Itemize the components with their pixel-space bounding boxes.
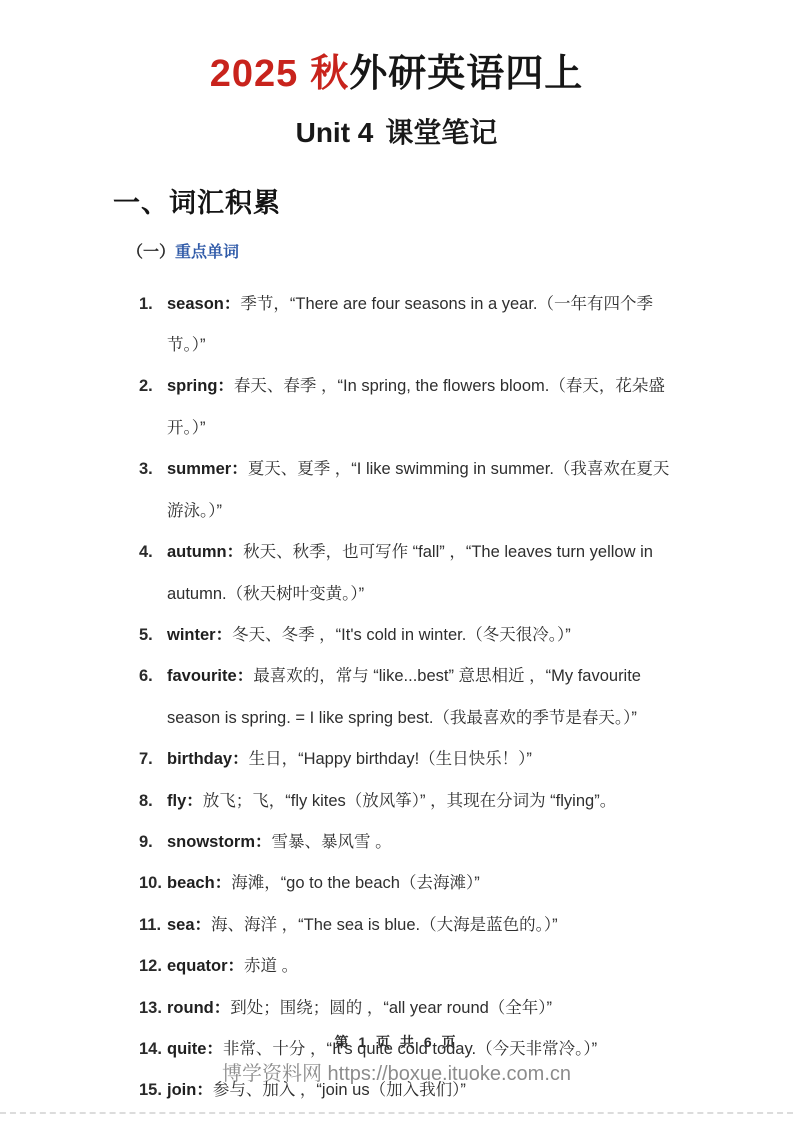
item-word: favourite [167, 667, 237, 685]
item-colon: ： [231, 460, 248, 478]
item-definition: 季节，“There are four seasons in a year.（一年… [167, 295, 653, 354]
item-definition: 冬天、冬季 ，“It's cold in winter.（冬天很冷。）” [232, 626, 571, 644]
vocab-item-equator: 12.equator：赤道 。 [115, 946, 683, 987]
subsection-label: 重点单词 [175, 244, 239, 261]
item-colon: ： [214, 999, 231, 1017]
item-definition: 到处；围绕；圆的 ，“all year round（全年）” [230, 999, 552, 1017]
item-colon: ： [216, 626, 233, 644]
item-word: autumn [167, 543, 227, 561]
item-word: snowstorm [167, 833, 255, 851]
item-number: 13. [139, 988, 162, 1029]
vocab-item-spring: 2.spring：春天、春季 ，“In spring, the flowers … [115, 366, 683, 449]
item-number: 2. [139, 366, 153, 407]
item-number: 3. [139, 449, 153, 490]
item-word: round [167, 999, 214, 1017]
item-colon: ： [228, 957, 245, 975]
item-colon: ： [195, 916, 212, 934]
title-year: 2025 [210, 53, 299, 95]
item-colon: ： [215, 874, 232, 892]
item-word: equator [167, 957, 228, 975]
document-page: 2025秋外研英语四上 Unit 4课堂笔记 一、词汇积累 （一）重点单词 1.… [0, 0, 793, 1121]
item-definition: 赤道 。 [244, 957, 298, 975]
item-colon: ： [232, 750, 249, 768]
item-number: 9. [139, 822, 153, 863]
vocab-item-autumn: 4.autumn：秋天、秋季，也可写作 “fall” ，“The leaves … [115, 532, 683, 615]
item-word: season [167, 295, 224, 313]
item-number: 1. [139, 284, 153, 325]
vocab-item-summer: 3.summer：夏天、夏季 ，“I like swimming in summ… [115, 449, 683, 532]
item-word: winter [167, 626, 216, 644]
item-number: 12. [139, 946, 162, 987]
vocab-item-fly: 8.fly：放飞；飞，“fly kites（放风筝）” ，其现在分词为 “fly… [115, 781, 683, 822]
subtitle-notes-label: 课堂笔记 [385, 117, 497, 148]
item-number: 8. [139, 781, 153, 822]
vocab-item-season: 1.season：季节，“There are four seasons in a… [115, 284, 683, 367]
item-number: 5. [139, 615, 153, 656]
item-definition: 春天、春季 ，“In spring, the flowers bloom.（春天… [167, 377, 665, 436]
item-definition: 海、海洋 ，“The sea is blue.（大海是蓝色的。）” [211, 916, 558, 934]
item-number: 6. [139, 656, 153, 697]
subtitle-unit: Unit 4 [296, 117, 374, 148]
watermark-site-url: 博学资料网 https://boxue.ituoke.com.cn [0, 1057, 793, 1086]
item-colon: ： [227, 543, 244, 561]
subsection-key-words: （一）重点单词 [127, 243, 793, 264]
page-number: 第 1 页 共 6 页 [0, 1032, 793, 1052]
item-number: 10. [139, 863, 162, 904]
vocab-item-snowstorm: 9.snowstorm：雪暴、暴风雪 。 [115, 822, 683, 863]
item-number: 11. [139, 905, 161, 946]
item-colon: ： [217, 377, 234, 395]
vocab-item-birthday: 7.birthday：生日，“Happy birthday!（生日快乐！）” [115, 739, 683, 780]
item-number: 7. [139, 739, 153, 780]
title-book: 外研英语四上 [349, 53, 583, 95]
item-definition: 雪暴、暴风雪 。 [272, 833, 392, 851]
item-definition: 放飞；飞，“fly kites（放风筝）” ，其现在分词为 “flying”。 [203, 792, 616, 810]
vocab-list: 1.season：季节，“There are four seasons in a… [115, 284, 683, 1112]
page-bottom-edge-divider [0, 1112, 793, 1114]
item-word: fly [167, 792, 186, 810]
subsection-prefix: （一） [127, 244, 175, 261]
vocab-item-favourite: 6.favourite：最喜欢的，常与 “like...best” 意思相近 ，… [115, 656, 683, 739]
item-number: 4. [139, 532, 153, 573]
item-word: sea [167, 916, 195, 934]
vocab-item-beach: 10.beach：海滩，“go to the beach（去海滩）” [115, 863, 683, 904]
item-colon: ： [237, 667, 254, 685]
vocab-item-sea: 11.sea：海、海洋 ，“The sea is blue.（大海是蓝色的。）” [115, 905, 683, 946]
title-season: 秋 [310, 53, 349, 95]
vocab-item-winter: 5.winter：冬天、冬季 ，“It's cold in winter.（冬天… [115, 615, 683, 656]
item-colon: ： [224, 295, 241, 313]
document-title: 2025秋外研英语四上 [0, 50, 793, 99]
item-colon: ： [255, 833, 272, 851]
item-word: birthday [167, 750, 232, 768]
document-subtitle: Unit 4课堂笔记 [0, 115, 793, 151]
vocab-item-round: 13.round：到处；围绕；圆的 ，“all year round（全年）” [115, 988, 683, 1029]
item-word: spring [167, 377, 217, 395]
section-heading-vocabulary: 一、词汇积累 [113, 186, 793, 221]
item-word: summer [167, 460, 231, 478]
item-word: beach [167, 874, 215, 892]
item-definition: 生日，“Happy birthday!（生日快乐！）” [249, 750, 532, 768]
item-definition: 海滩，“go to the beach（去海滩）” [231, 874, 480, 892]
item-colon: ： [186, 792, 203, 810]
